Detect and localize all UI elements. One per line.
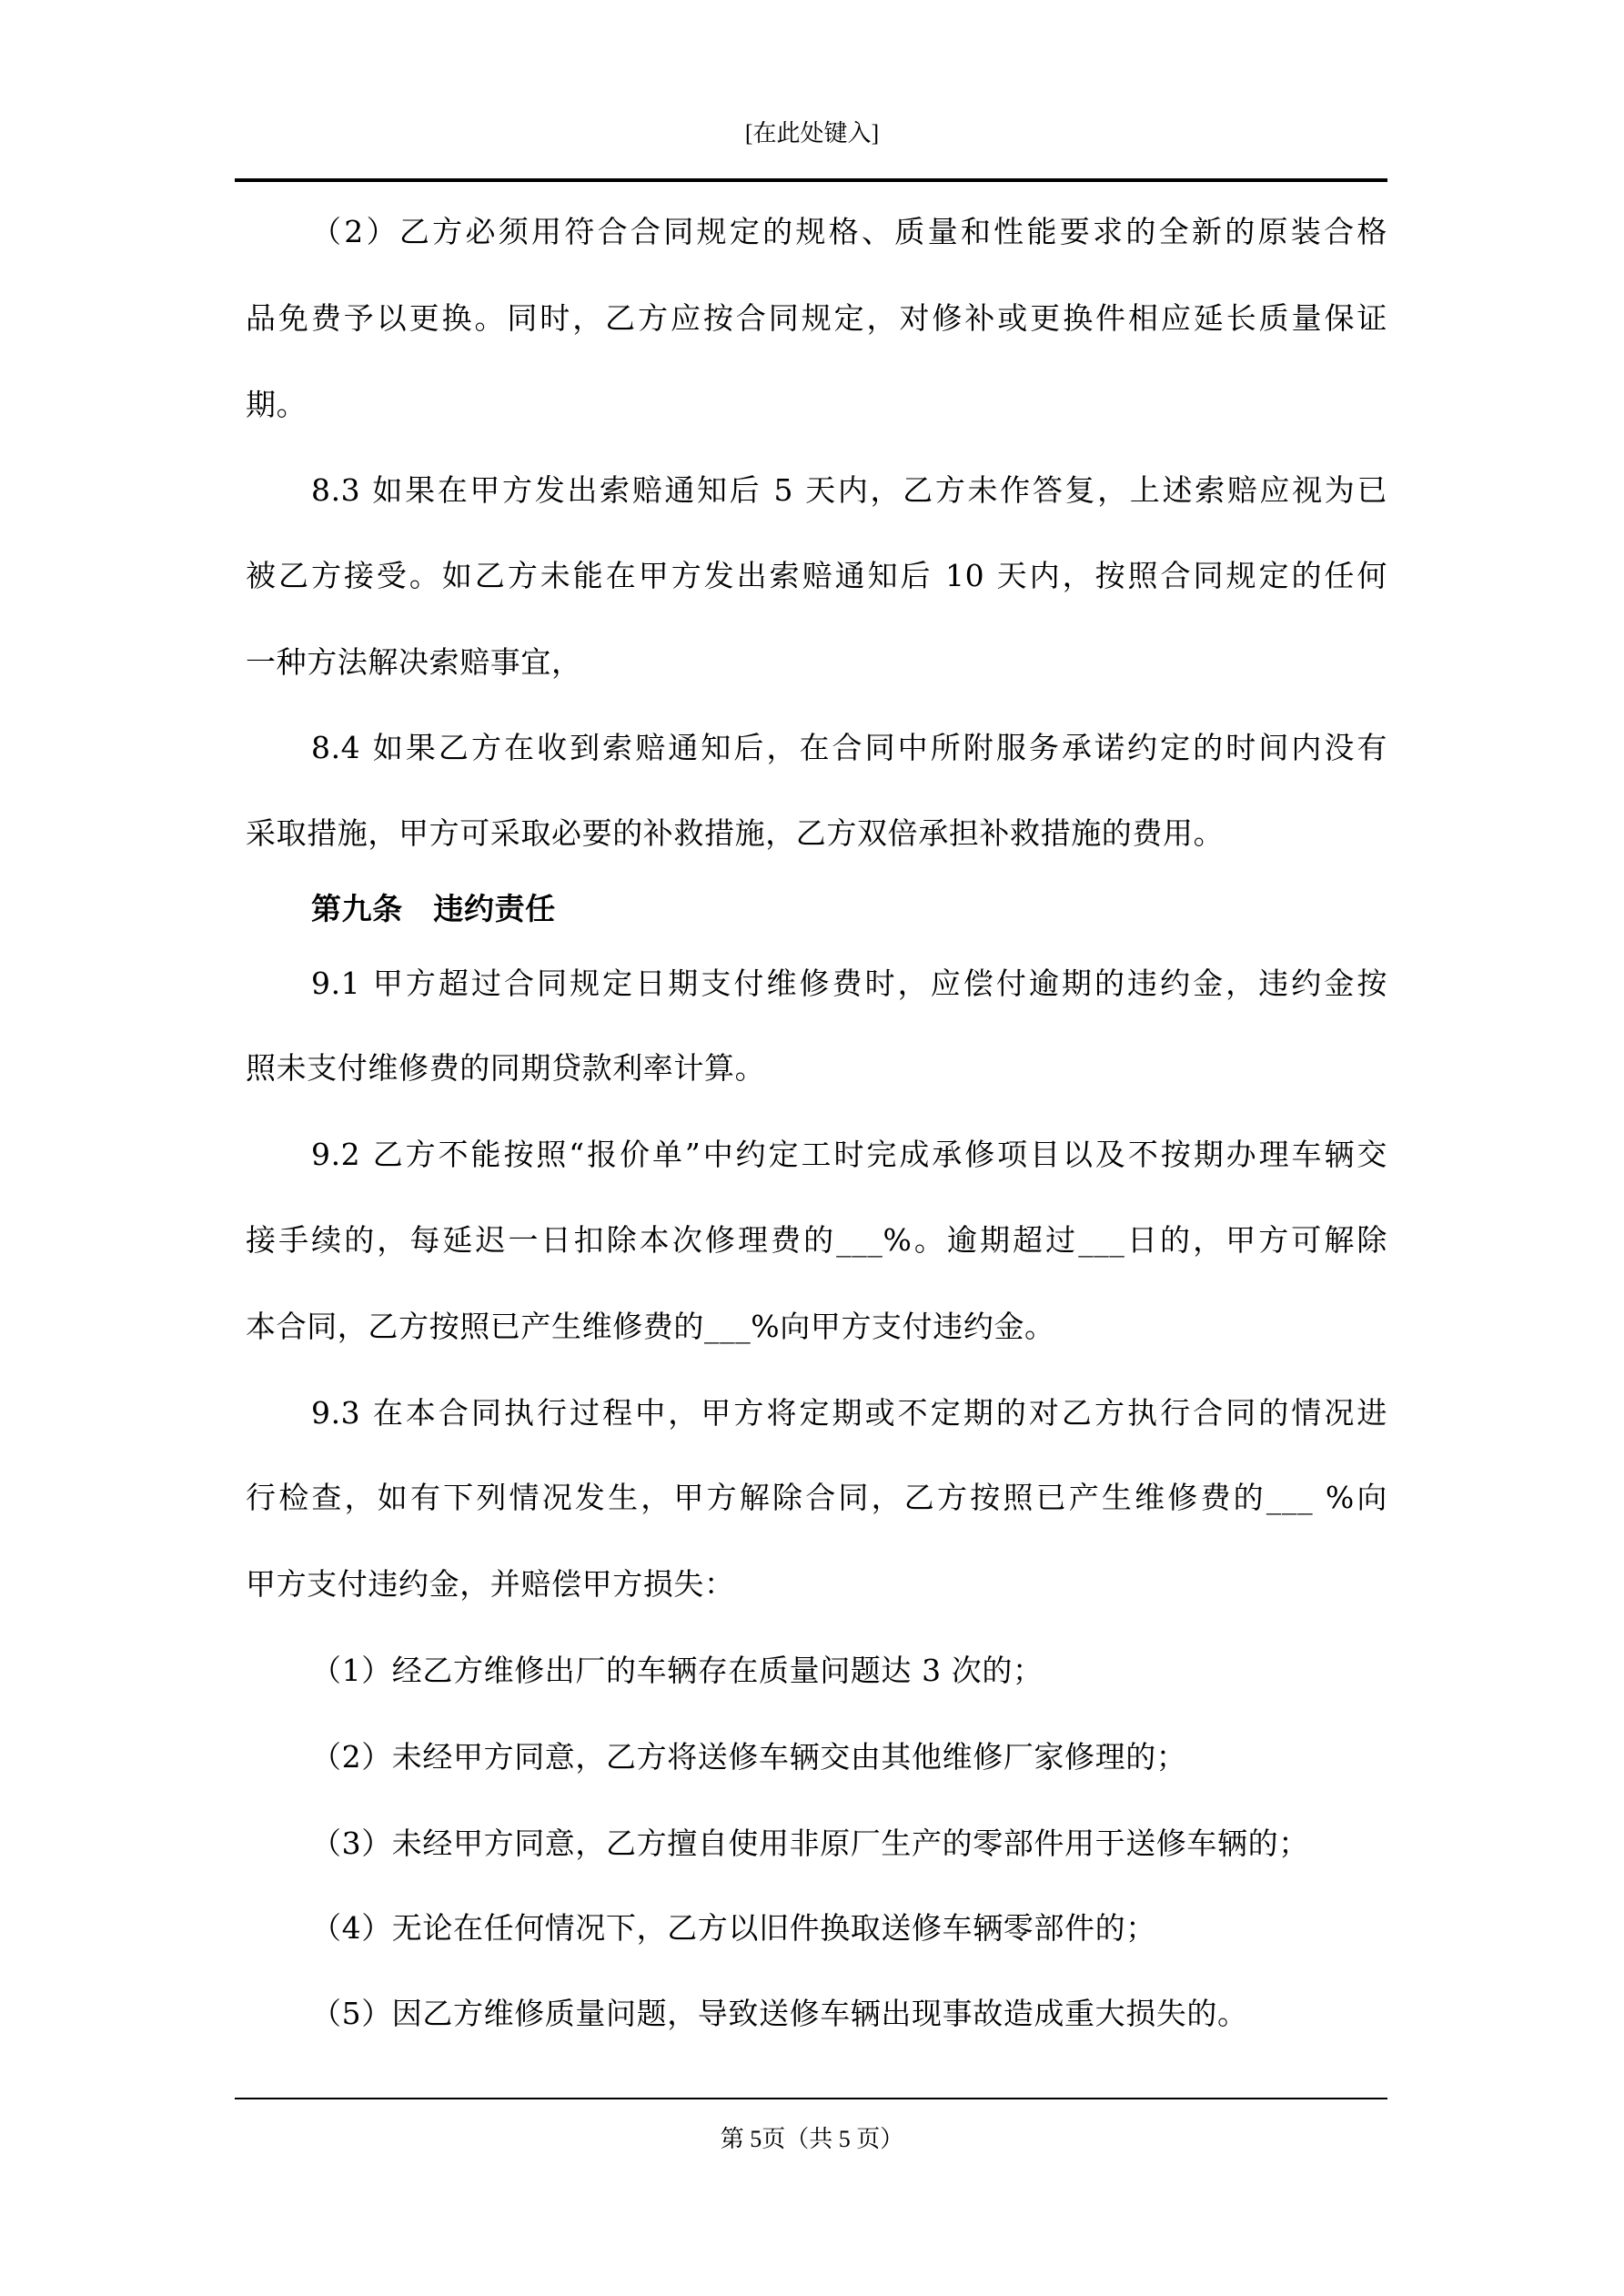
text-line: （2）乙方必须用符合合同规定的规格、质量和性能要求的全新的原装合格 — [246, 214, 1387, 250]
header-divider — [235, 178, 1387, 182]
text-line: 9.2 乙方不能按照“报价单”中约定工时完成承修项目以及不按期办理车辆交 — [246, 1137, 1387, 1173]
text-line: 9.3 在本合同执行过程中，甲方将定期或不定期的对乙方执行合同的情况进 — [246, 1395, 1387, 1431]
text-line: 一种方法解决索赔事宜， — [246, 644, 1387, 681]
header-placeholder-text[interactable]: [在此处键入] — [0, 115, 1624, 148]
text-line: 被乙方接受。如乙方未能在甲方发出索赔通知后 10 天内，按照合同规定的任何 — [246, 558, 1387, 594]
text-line: 甲方支付违约金，并赔偿甲方损失： — [246, 1566, 1387, 1603]
text-line: （1）经乙方维修出厂的车辆存在质量问题达 3 次的； — [246, 1653, 1387, 1689]
text-line: （2）未经甲方同意，乙方将送修车辆交由其他维修厂家修理的； — [246, 1739, 1387, 1775]
text-line: 品免费予以更换。同时，乙方应按合同规定，对修补或更换件相应延长质量保证 — [246, 300, 1387, 337]
text-line: （3）未经甲方同意，乙方擅自使用非原厂生产的零部件用于送修车辆的； — [246, 1826, 1387, 1862]
text-line: 8.4 如果乙方在收到索赔通知后，在合同中所附服务承诺约定的时间内没有 — [246, 730, 1387, 766]
text-line: 8.3 如果在甲方发出索赔通知后 5 天内，乙方未作答复，上述索赔应视为已 — [246, 472, 1387, 509]
text-line: 本合同，乙方按照已产生维修费的___%向甲方支付违约金。 — [246, 1309, 1387, 1345]
text-line: 期。 — [246, 387, 1387, 423]
text-line: 采取措施，甲方可采取必要的补救措施，乙方双倍承担补救措施的费用。 — [246, 815, 1387, 852]
text-line: （5）因乙方维修质量问题，导致送修车辆出现事故造成重大损失的。 — [246, 1996, 1387, 2032]
text-line: 行检查，如有下列情况发生，甲方解除合同，乙方按照已产生维修费的___ %向 — [246, 1480, 1387, 1516]
footer-divider — [235, 2098, 1387, 2099]
text-line: 接手续的，每延迟一日扣除本次修理费的___%。逾期超过___日的，甲方可解除 — [246, 1222, 1387, 1259]
text-line: （4）无论在任何情况下，乙方以旧件换取送修车辆零部件的； — [246, 1910, 1387, 1947]
section-heading: 第九条 违约责任 — [246, 891, 1387, 927]
page-number: 第 5页（共 5 页） — [0, 2120, 1624, 2154]
text-line: 照未支付维修费的同期贷款利率计算。 — [246, 1050, 1387, 1087]
text-line: 9.1 甲方超过合同规定日期支付维修费时，应偿付逾期的违约金，违约金按 — [246, 966, 1387, 1002]
